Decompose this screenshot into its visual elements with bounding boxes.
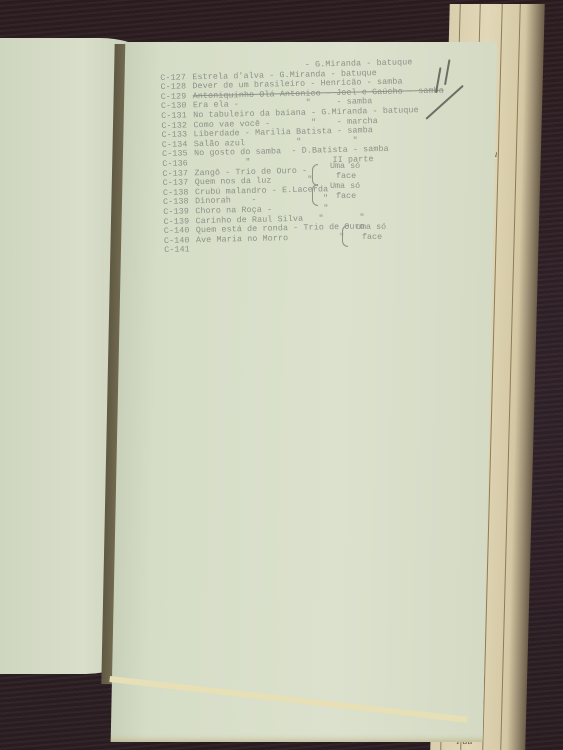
side-note: face [336, 192, 356, 202]
catalog-list: - G.Miranda - batuque C-127Estrela d'alv… [160, 57, 464, 256]
brace-bracket [312, 184, 318, 206]
page-edge [500, 4, 521, 750]
brace-bracket [312, 164, 318, 186]
side-note: face [362, 233, 382, 243]
brace-bracket [342, 225, 348, 247]
